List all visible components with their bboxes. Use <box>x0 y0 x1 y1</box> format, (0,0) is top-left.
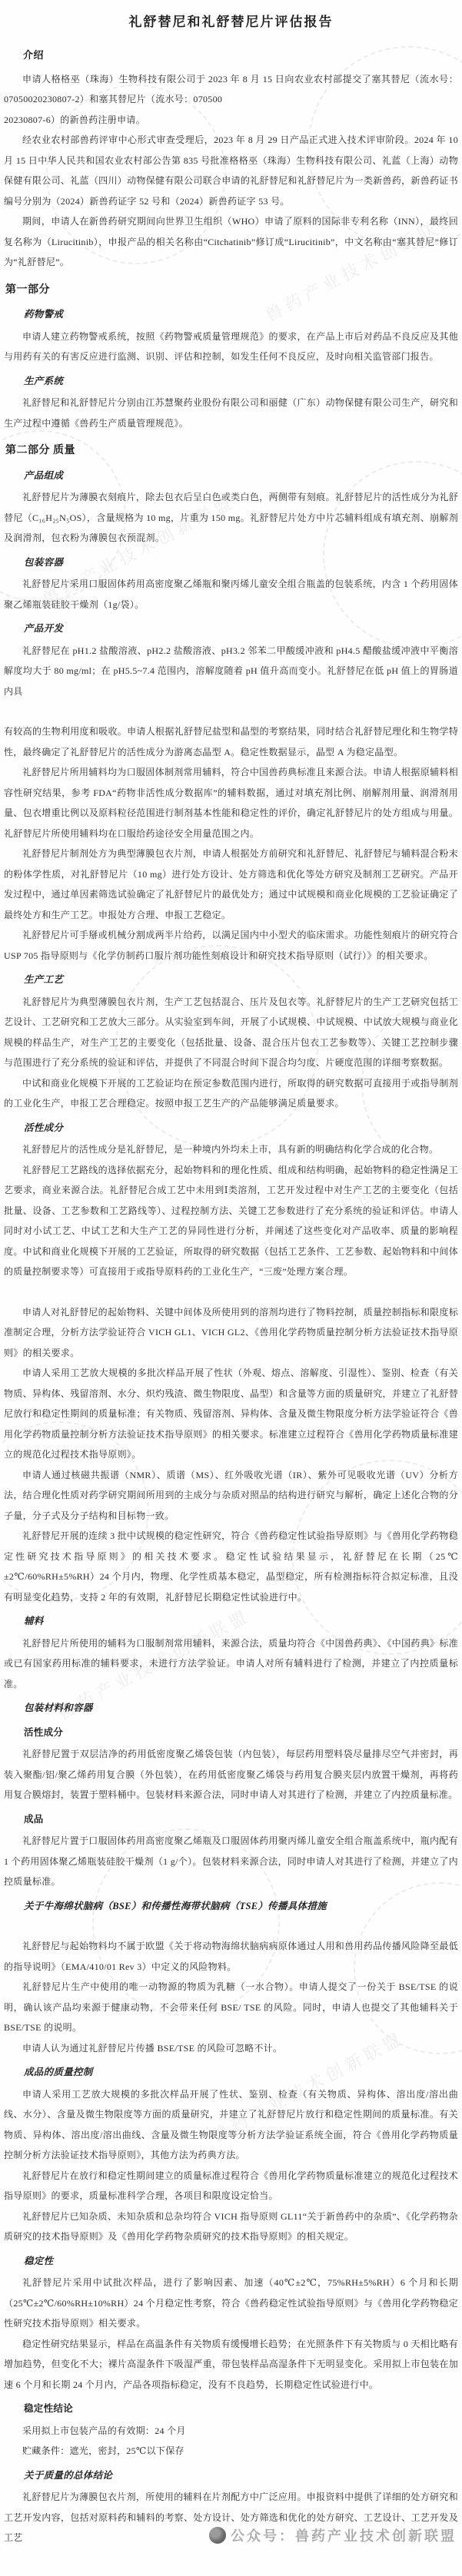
paragraph: 礼舒替尼片已知杂质、未知杂质和总杂均符合 VICH 指导原则 GL11“关于新兽… <box>4 2206 458 2247</box>
section-heading: 稳定性结论 <box>24 2399 458 2419</box>
paragraph: 申请人对礼舒替尼的起始物料、关键中间体及所使用到的溶剂均进行了物料控制，质量控制… <box>4 1302 458 1364</box>
section-heading: 成品 <box>24 1809 458 1830</box>
report-page: 兽药产业技术创新联盟 兽药产业技术创新联盟 兽药产业技术创新联盟 兽药产业技术创… <box>0 0 462 2576</box>
paragraph: 申请人采用工艺放大规模的多批次样品开展了性状（外观、熔点、溶解度、引湿性）、鉴别… <box>4 1363 458 1465</box>
paragraph: 礼舒替尼与起始物料均不属于欧盟《关于将动物海绵状脑病病原体通过人用和兽用药品传播… <box>4 1936 458 1977</box>
paragraph: 礼舒替尼片在放行和稳定性期间建立的质量标准过程符合《兽用化学药物质量标准建立的规… <box>4 2166 458 2206</box>
paragraph: 期间，申请人在新兽药研究期间向世界卫生组织（WHO）申请了原料的国际非专利名称（… <box>4 211 458 273</box>
paragraph: 礼舒替尼片置于口服固体药用高密度聚乙烯瓶及口服固体药用聚丙烯儿童安全组合瓶盖系统… <box>4 1831 458 1892</box>
report-content: 礼舒替尼和礼舒替尼片评估报告 介绍申请人格格巫（珠海）生物科技有限公司于 202… <box>0 0 462 2576</box>
paragraph: 申请人格格巫（珠海）生物科技有限公司于 2023 年 8 月 15 日向农业农村… <box>4 69 458 110</box>
paragraph: 礼舒替尼片所用辅料均为口服固体制剂常用辅料，符合中国兽药典标准且来源合法。申请人… <box>4 762 458 844</box>
section-heading: 包装容器 <box>24 552 458 573</box>
paragraph: 稳定性研究结果显示，样品在高温条件有关物质有缓慢增长趋势；在光照条件下有关物质与… <box>4 2334 458 2395</box>
paragraph: 礼舒替尼片所使用的辅料为口服制剂常用辅料，来源合法，质量均符合《中国兽药典》、《… <box>4 1633 458 1695</box>
paragraph: 礼舒替尼置于双层洁净的药用低密度聚乙烯袋包装（内包装），每层药用塑料袋尽量排尽空… <box>4 1744 458 1805</box>
publisher-logo-icon <box>209 2527 226 2544</box>
paragraph: 采用拟上市包装产品的有效期：24 个月 <box>4 2421 458 2442</box>
paragraph: 20230807-6）的新兽药注册申请。 <box>4 110 458 131</box>
paragraph: 礼舒替尼片采用口服固体药用高密度聚乙烯瓶和聚丙烯儿童安全组合瓶盖的包装系统，内含… <box>4 574 458 615</box>
paragraph: 礼舒替尼片可手掰或机械分割成两半片给药，以满足国内中小型犬的临床需求。功能性刻痕… <box>4 925 458 966</box>
paragraph: 礼舒替尼和礼舒替尼片分别由江苏慧聚药业股份有限公司和丽健（广东）动物保健有限公司… <box>4 393 458 433</box>
paragraph: 申请人建立药物警戒系统，按照《药物警戒质量管理规范》的要求，在产品上市后对药品不… <box>4 327 458 367</box>
page-title: 礼舒替尼和礼舒替尼片评估报告 <box>4 11 458 30</box>
section-heading: 产品组成 <box>24 466 458 486</box>
section-heading: 稳定性 <box>24 2251 458 2272</box>
section-heading: 生产工艺 <box>24 970 458 990</box>
paragraph: 贮藏条件：遮光，密封，25℃以下保存 <box>4 2441 458 2462</box>
paragraph: 礼舒替尼片为典型薄膜包衣片剂，生产工艺包括混合、压片及包衣等。礼舒替尼片的生产工… <box>4 992 458 1073</box>
paragraph: 经农业农村部兽药评审中心形式审查受理后，2023 年 8 月 29 日产品正式进… <box>4 130 458 211</box>
paragraph: 申请人通过核磁共振谱（NMR）、质谱（MS）、红外吸收光谱（IR）、紫外可见吸收… <box>4 1465 458 1527</box>
section-heading: 成品的质量控制 <box>24 2062 458 2083</box>
paragraph: 礼舒替尼片为薄膜衣刻痕片，除去包衣后呈白色或类白色，两侧带有刻痕。礼舒替尼片的活… <box>4 487 458 549</box>
paragraph: 礼舒替尼片生产中使用的唯一动物源的物质为乳糖（一水合物）。申请人提交了一份关于 … <box>4 1977 458 2038</box>
paragraph: 礼舒替尼工艺路线的选择依据充分，起始物料和的理化性质、组成和结构明确，起始物料的… <box>4 1160 458 1282</box>
paragraph: 礼舒替尼在 pH1.2 盐酸溶液、pH2.2 盐酸溶液、pH3.2 邻苯二甲酸缓… <box>4 641 458 702</box>
paragraph: 礼舒替尼开展的连续 3 批中试规模的稳定性研究，符合《兽药稳定性试验指导原则》与… <box>4 1526 458 1607</box>
section-heading: 生产系统 <box>24 371 458 392</box>
footer-watermark: 公众号：兽药产业技术创新联盟 <box>4 2525 458 2545</box>
section-heading: 活性成分 <box>24 1118 458 1139</box>
paragraph: 礼舒替尼片的活性成分是礼舒替尼，是一种境内外均未上市，具有新的明确结构化学合成的… <box>4 1139 458 1160</box>
paragraph: 中试和商业化规模下开展的工艺验证均在预定参数范围内进行，所取得的研究数据可直接用… <box>4 1073 458 1114</box>
paragraph: 申请人认为通过礼舒替尼片传播 BSE/TSE 的风险可忽略不计。 <box>4 2038 458 2059</box>
section-heading: 第一部分 <box>5 280 458 301</box>
paragraph: 有较高的生物利用度和吸收。申请人根据礼舒替尼盐型和晶型的考察结果，同时结合礼舒替… <box>4 721 458 762</box>
section-heading: 产品开发 <box>24 618 458 639</box>
section-heading: 第二部分 质量 <box>5 441 458 462</box>
section-heading: 辅料 <box>24 1611 458 1632</box>
report-body: 介绍申请人格格巫（珠海）生物科技有限公司于 2023 年 8 月 15 日向农业… <box>4 45 458 2548</box>
paragraph: 礼舒替尼片采用中试批次样品，进行了影响因素、加速（40℃±2℃，75%RH±5%… <box>4 2273 458 2334</box>
paragraph: 申请人采用工艺放大规模的多批次样品开展了性状、鉴别、检查（有关物质、异构体、溶出… <box>4 2084 458 2166</box>
section-heading: 活性成分 <box>24 1722 458 1743</box>
section-heading: 关于牛海绵状脑病（BSE）和传播性海带状脑病（TSE）传播具体措施 <box>24 1896 458 1917</box>
section-heading: 药物警戒 <box>24 304 458 325</box>
paragraph: 礼舒替尼片制剂处方为典型薄膜包衣片剂，申请人根据处方前研究和礼舒替尼、礼舒替尼与… <box>4 844 458 925</box>
footer-watermark-text: 公众号：兽药产业技术创新联盟 <box>231 2525 457 2545</box>
section-heading: 介绍 <box>23 45 458 66</box>
section-heading: 包装材料和容器 <box>24 1698 458 1719</box>
section-heading: 关于质量的总体结论 <box>24 2465 458 2486</box>
